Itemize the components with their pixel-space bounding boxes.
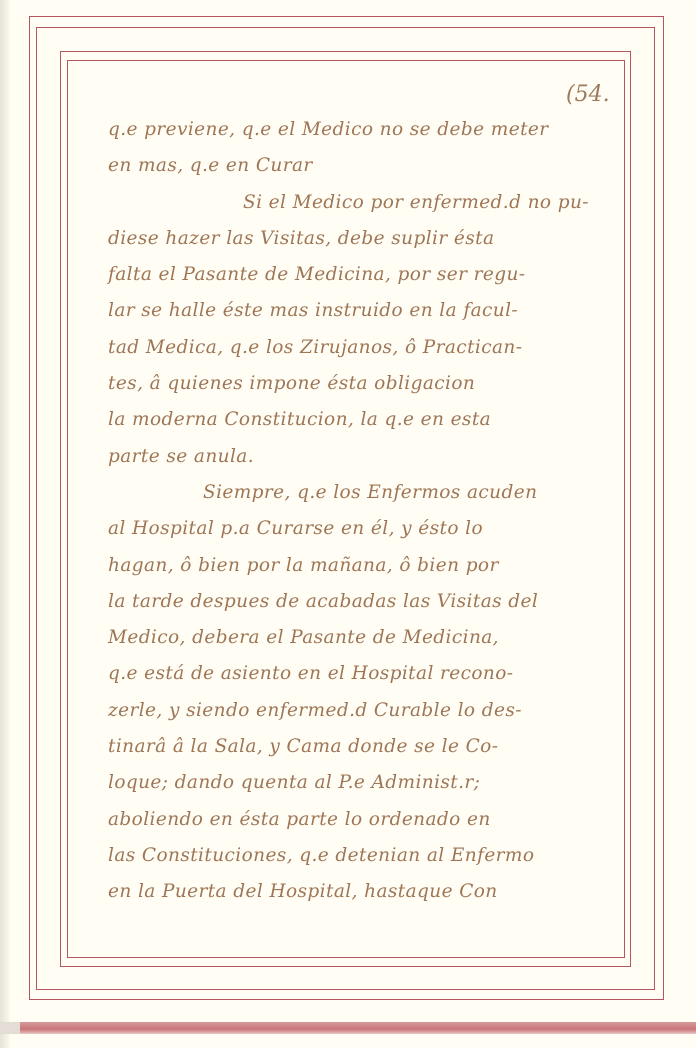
- text-line: Si el Medico por enfermed.d no pu-: [108, 185, 604, 221]
- text-line: tinarâ â la Sala, y Cama donde se le Co-: [108, 729, 604, 765]
- text-line: tes, â quienes impone ésta obligacion: [108, 366, 604, 402]
- scan-edge-shadow: [0, 0, 10, 1048]
- text-line: loque; dando quenta al P.e Administ.r;: [108, 765, 604, 801]
- text-line: al Hospital p.a Curarse en él, y ésto lo: [108, 511, 604, 547]
- text-line: las Constituciones, q.e detenian al Enfe…: [108, 838, 604, 874]
- text-line: diese hazer las Visitas, debe suplir ést…: [108, 221, 604, 257]
- text-line: la tarde despues de acabadas las Visitas…: [108, 584, 604, 620]
- text-line: en mas, q.e en Curar: [108, 148, 604, 184]
- manuscript-text: q.e previene, q.e el Medico no se debe m…: [108, 112, 604, 911]
- text-line: Siempre, q.e los Enfermos acuden: [108, 475, 604, 511]
- text-line: q.e previene, q.e el Medico no se debe m…: [108, 112, 604, 148]
- text-line: Medico, debera el Pasante de Medicina,: [108, 620, 604, 656]
- page-edge-band: [20, 1022, 696, 1034]
- text-line: parte se anula.: [108, 439, 604, 475]
- text-line: la moderna Constitucion, la q.e en esta: [108, 402, 604, 438]
- text-line: zerle, y siendo enfermed.d Curable lo de…: [108, 693, 604, 729]
- text-line: aboliendo en ésta parte lo ordenado en: [108, 802, 604, 838]
- text-line: q.e está de asiento en el Hospital recon…: [108, 656, 604, 692]
- text-line: en la Puerta del Hospital, hastaque Con: [108, 874, 604, 910]
- text-line: tad Medica, q.e los Zirujanos, ô Practic…: [108, 330, 604, 366]
- text-line: lar se halle éste mas instruido en la fa…: [108, 293, 604, 329]
- text-line: falta el Pasante de Medicina, por ser re…: [108, 257, 604, 293]
- page-number: (54.: [566, 82, 610, 107]
- text-line: hagan, ô bien por la mañana, ô bien por: [108, 548, 604, 584]
